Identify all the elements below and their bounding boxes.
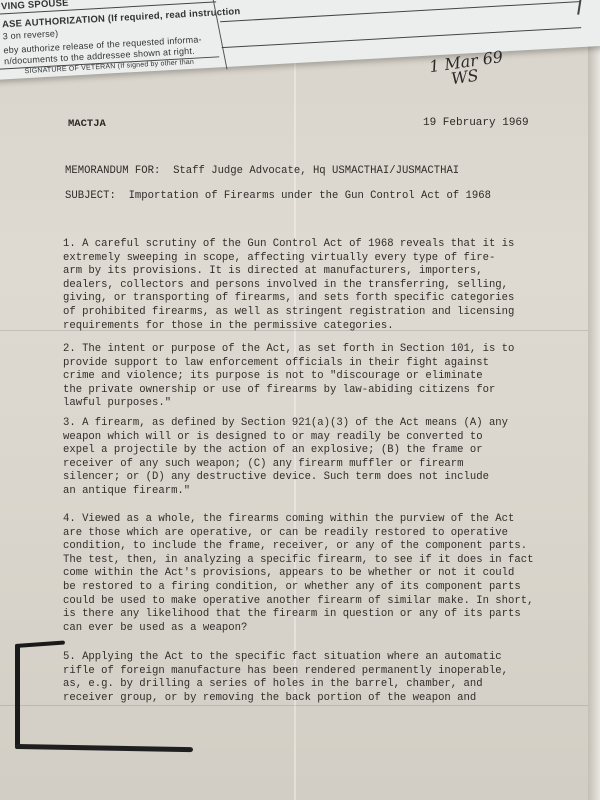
text-line: extremely sweeping in scope, affecting v… [63,252,573,266]
text-line: be restored to a firing condition, or wh… [63,581,573,595]
text-line: is there any likelihood that the firearm… [63,608,573,622]
text-line: 2. The intent or purpose of the Act, as … [63,343,573,357]
text-line: silencer; or (D) any destructive device.… [63,471,573,485]
paper-edge [588,45,600,800]
paragraph-4: 4. Viewed as a whole, the firearms comin… [63,513,573,635]
form-rule [222,27,581,48]
memorandum-for-value: Staff Judge Advocate, Hq USMACTHAI/JUSMA… [173,165,459,177]
text-line: the private ownership or use of firearms… [63,384,573,398]
text-line: arm by its provisions. It is directed at… [63,265,573,279]
memorandum-for: MEMORANDUM FOR: Staff Judge Advocate, Hq… [65,165,459,177]
text-line: The test, then, in analyzing a specific … [63,554,573,568]
office-symbol: MACTJA [68,118,106,130]
form-edge [577,0,588,15]
text-line: lawful purposes." [63,397,573,411]
subject-value: Importation of Firearms under the Gun Co… [129,190,491,202]
subject-label: SUBJECT: [65,190,116,202]
memo-date: 19 February 1969 [423,117,529,129]
memorandum-for-label: MEMORANDUM FOR: [65,165,160,177]
subject-line: SUBJECT: Importation of Firearms under t… [65,190,491,202]
marker-bracket [15,644,195,749]
text-line: an antique firearm." [63,485,573,499]
text-line: could be used to make operative another … [63,595,573,609]
text-line: requirements for those in the permissive… [63,320,573,334]
text-line: dealers, collectors and persons involved… [63,279,573,293]
bracket-stroke [15,644,20,749]
text-line: are those which are operative, or can be… [63,527,573,541]
text-line: 1. A careful scrutiny of the Gun Control… [63,238,573,252]
text-line: expel a projectile by the action of an e… [63,444,573,458]
paragraph-3: 3. A firearm, as defined by Section 921(… [63,417,573,499]
paragraph-1: 1. A careful scrutiny of the Gun Control… [63,238,573,333]
text-line: condition, to include the frame, receive… [63,540,573,554]
text-line: provide support to law enforcement offic… [63,357,573,371]
text-line: come within the Act's provisions, appear… [63,567,573,581]
text-line: 3. A firearm, as defined by Section 921(… [63,417,573,431]
text-line: of prohibited firearms, as well as strin… [63,306,573,320]
text-line: giving, or transporting of firearms, and… [63,292,573,306]
text-line: can ever be used as a weapon? [63,622,573,636]
form-line: 3 on reverse) [2,28,58,41]
form-rule [220,1,579,22]
text-line: crime and violence; its purpose is not t… [63,370,573,384]
text-line: 4. Viewed as a whole, the firearms comin… [63,513,573,527]
text-line: receiver of any such weapon; (C) any fir… [63,458,573,472]
paragraph-2: 2. The intent or purpose of the Act, as … [63,343,573,411]
text-line: weapon which will or is designed to or m… [63,431,573,445]
